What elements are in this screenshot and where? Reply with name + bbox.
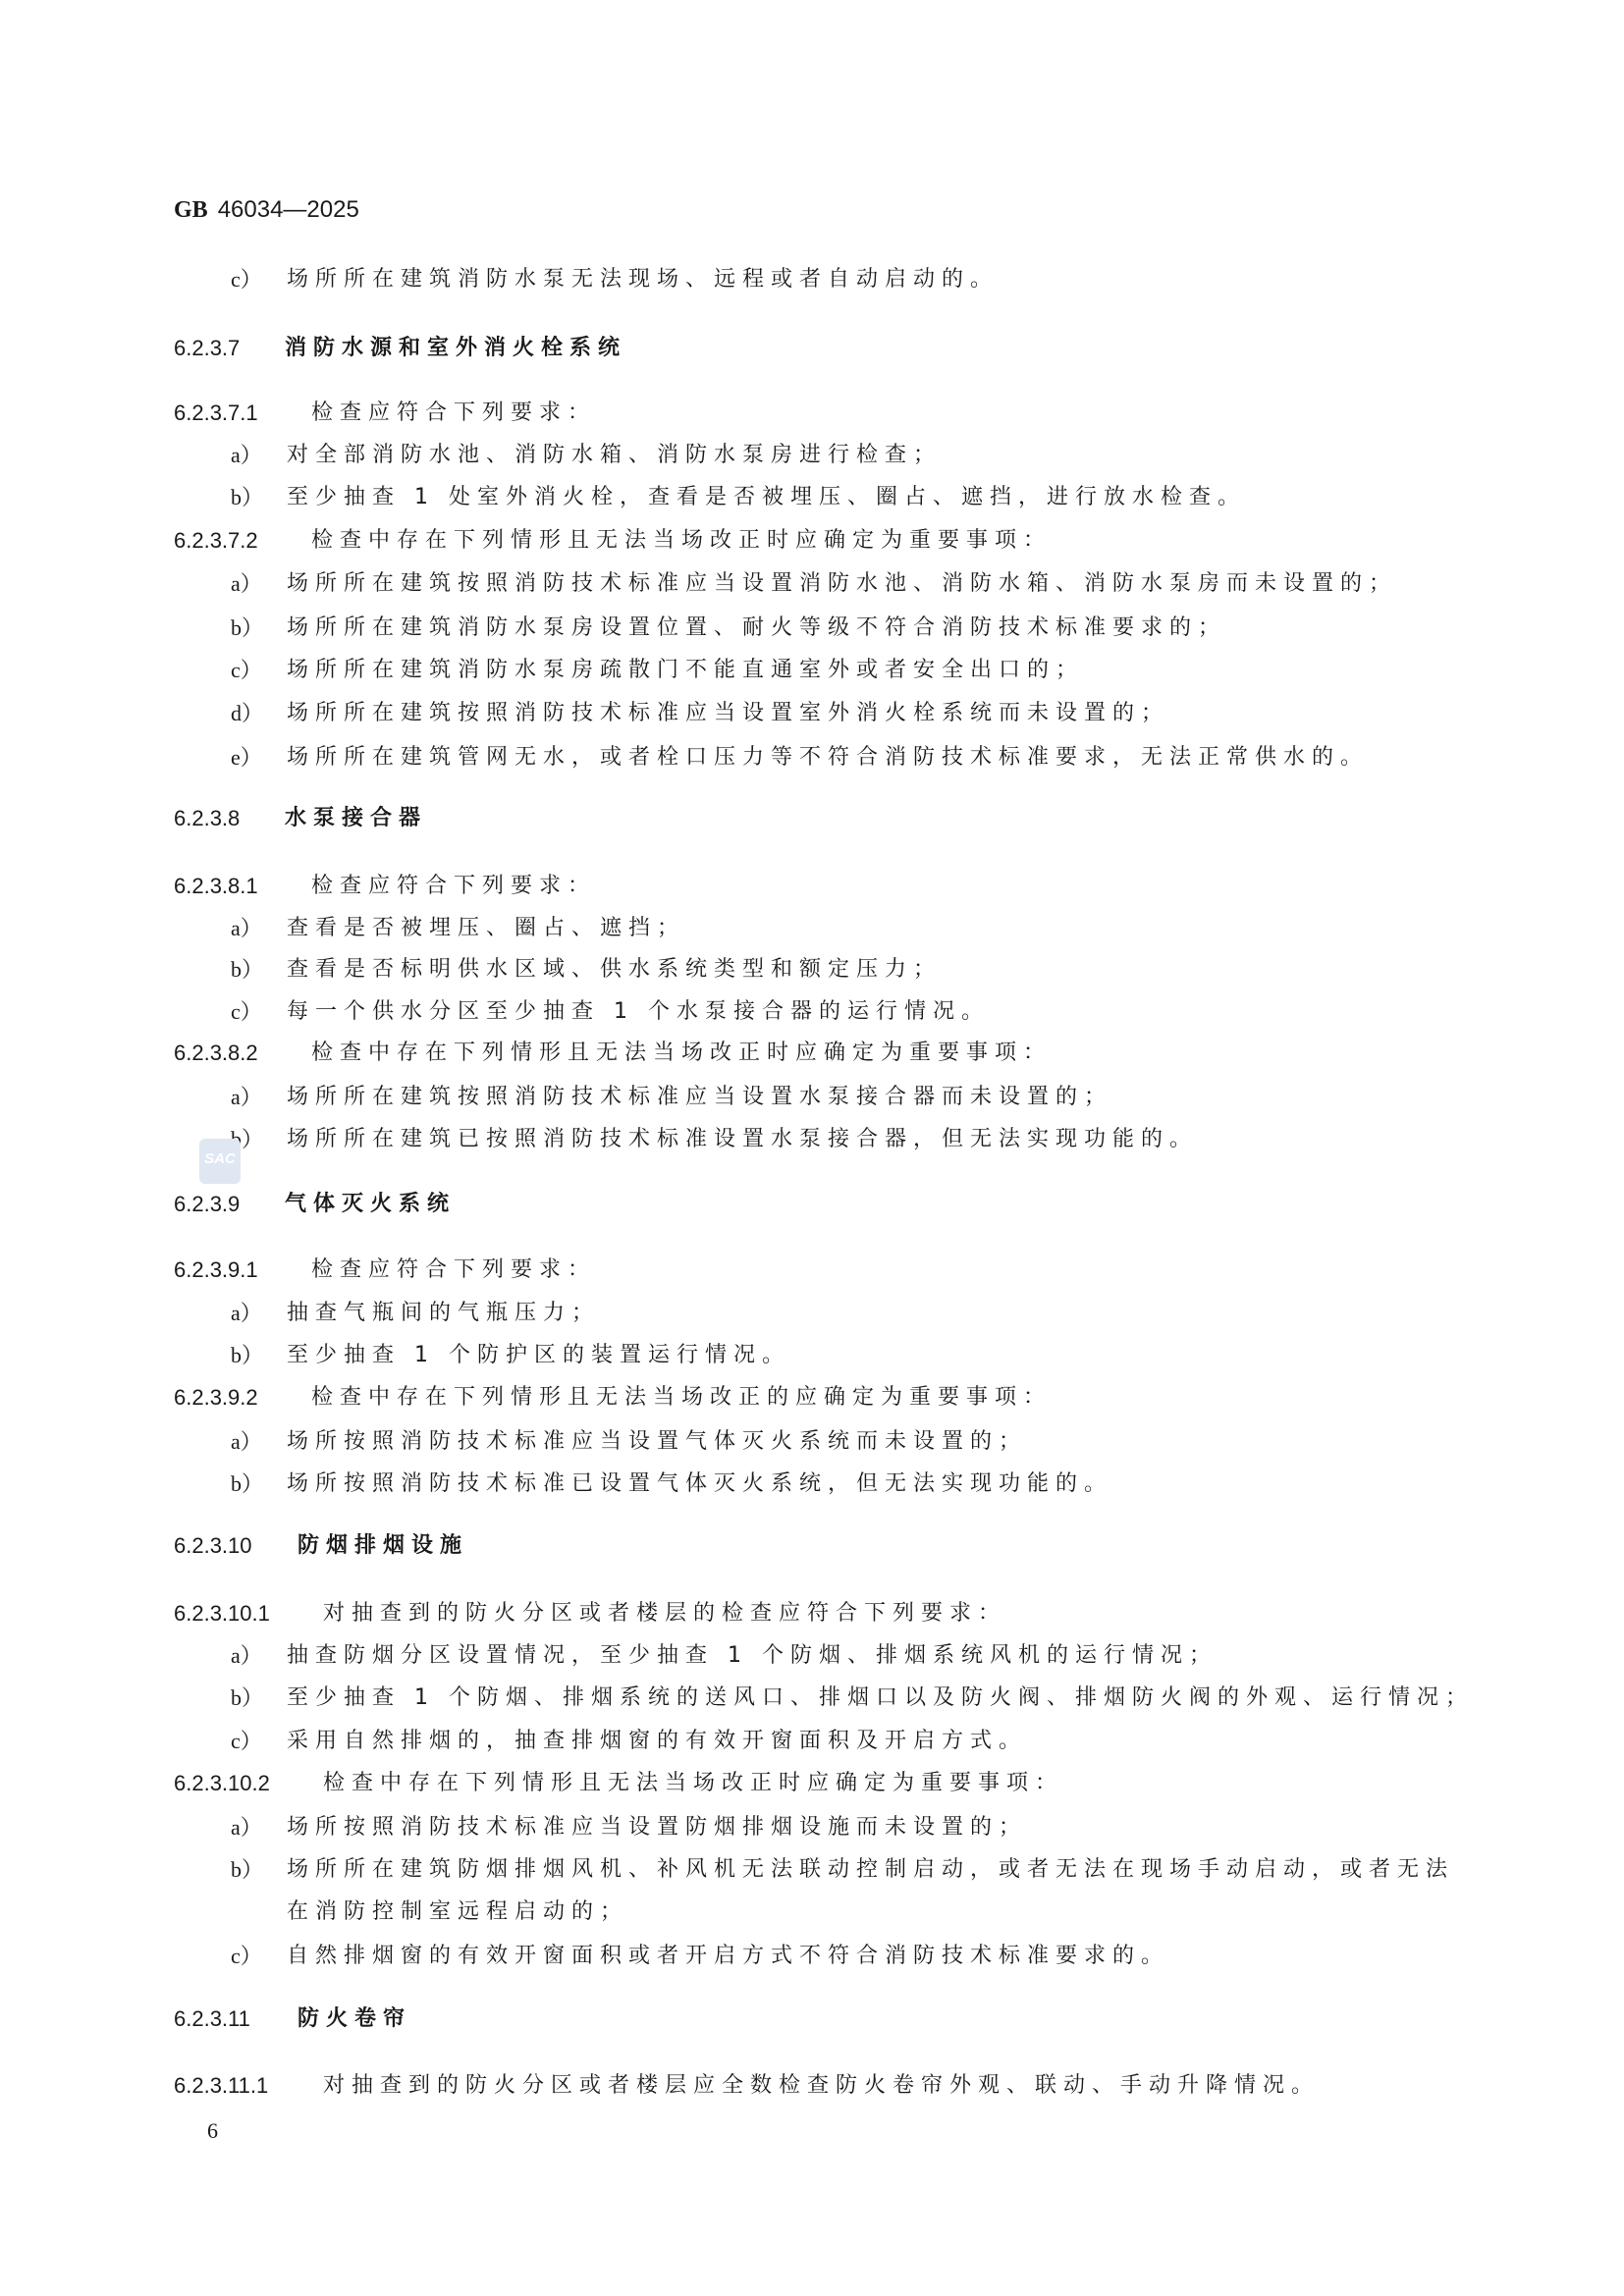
clause-number: 6.2.3.8.2 bbox=[174, 1039, 258, 1068]
clause-text: 检查中存在下列情形且无法当场改正的应确定为重要事项： bbox=[311, 1383, 1052, 1413]
list-item-text: 采用自然排烟的，抽查排烟窗的有效开窗面积及开启方式。 bbox=[287, 1727, 1027, 1756]
section-title: 防火卷帘 bbox=[298, 2004, 411, 2034]
list-item-label: c） bbox=[231, 1942, 262, 1971]
list-item-continuation: 在消防控制室远程启动的； bbox=[287, 1897, 628, 1927]
list-item-label: a） bbox=[231, 569, 262, 599]
list-item-text: 场所所在建筑按照消防技术标准应当设置室外消火栓系统而未设置的； bbox=[287, 699, 1169, 728]
clause-text: 检查中存在下列情形且无法当场改正时应确定为重要事项： bbox=[323, 1769, 1063, 1798]
section-number: 6.2.3.7 bbox=[174, 334, 240, 363]
clause-text: 检查中存在下列情形且无法当场改正时应确定为重要事项： bbox=[311, 1039, 1052, 1068]
list-item-label: b） bbox=[231, 614, 263, 643]
list-item-label: a） bbox=[231, 1299, 262, 1328]
clause-text: 检查应符合下列要求： bbox=[311, 399, 596, 428]
clause-number: 6.2.3.7.1 bbox=[174, 399, 258, 428]
section-title: 水泵接合器 bbox=[285, 804, 427, 833]
clause-text: 检查应符合下列要求： bbox=[311, 872, 596, 901]
list-item-label: a） bbox=[231, 441, 262, 470]
standard-prefix: GB bbox=[174, 197, 208, 223]
list-item-text: 抽查防烟分区设置情况，至少抽查 1 个防烟、排烟系统风机的运行情况； bbox=[287, 1641, 1218, 1671]
list-item-label: a） bbox=[231, 1427, 262, 1457]
list-item-text: 至少抽查 1 个防护区的装置运行情况。 bbox=[287, 1341, 790, 1370]
watermark-text: SAC bbox=[199, 1150, 241, 1167]
list-item-label: b） bbox=[231, 483, 263, 512]
list-item-label: b） bbox=[231, 1341, 263, 1370]
list-item-label: a） bbox=[231, 1813, 262, 1842]
list-item-label: b） bbox=[231, 955, 263, 985]
document-header: GB46034—2025 bbox=[174, 194, 359, 225]
clause-text: 对抽查到的防火分区或者楼层的检查应符合下列要求： bbox=[323, 1599, 1006, 1629]
list-item-text: 场所所在建筑消防水泵房疏散门不能直通室外或者安全出口的； bbox=[287, 656, 1084, 685]
section-title: 消防水源和室外消火栓系统 bbox=[285, 334, 626, 363]
list-item-text: 场所所在建筑防烟排烟风机、补风机无法联动控制启动，或者无法在现场手动启动，或者无… bbox=[287, 1855, 1454, 1885]
list-item-text: 查看是否标明供水区域、供水系统类型和额定压力； bbox=[287, 955, 942, 985]
clause-number: 6.2.3.11.1 bbox=[174, 2071, 268, 2101]
list-item-text: 场所按照消防技术标准已设置气体灭火系统，但无法实现功能的。 bbox=[287, 1469, 1112, 1499]
clause-number: 6.2.3.8.1 bbox=[174, 872, 258, 901]
clause-number: 6.2.3.10.2 bbox=[174, 1769, 270, 1798]
list-item-text: 至少抽查 1 个防烟、排烟系统的送风口、排烟口以及防火阀、排烟防火阀的外观、运行… bbox=[287, 1683, 1474, 1713]
sac-watermark-logo: SAC bbox=[199, 1139, 241, 1184]
list-item-text: 查看是否被埋压、圈占、遮挡； bbox=[287, 914, 685, 943]
list-item-text: 场所所在建筑消防水泵房设置位置、耐火等级不符合消防技术标准要求的； bbox=[287, 614, 1226, 643]
section-title: 气体灭火系统 bbox=[285, 1190, 456, 1219]
list-item-text: 至少抽查 1 处室外消火栓，查看是否被埋压、圈占、遮挡，进行放水检查。 bbox=[287, 483, 1246, 512]
list-item-label: d） bbox=[231, 699, 263, 728]
list-item-text: 对全部消防水池、消防水箱、消防水泵房进行检查； bbox=[287, 441, 942, 470]
clause-text: 检查应符合下列要求： bbox=[311, 1255, 596, 1285]
list-item-label: b） bbox=[231, 1683, 263, 1713]
list-item-label: a） bbox=[231, 1083, 262, 1112]
standard-code: 46034—2025 bbox=[218, 196, 359, 223]
list-item-text: 场所所在建筑消防水泵无法现场、远程或者自动启动的。 bbox=[287, 265, 999, 294]
list-item-text: 场所按照消防技术标准应当设置防烟排烟设施而未设置的； bbox=[287, 1813, 1027, 1842]
list-item-label: b） bbox=[231, 1469, 263, 1499]
clause-text: 对抽查到的防火分区或者楼层应全数检查防火卷帘外观、联动、手动升降情况。 bbox=[323, 2071, 1320, 2101]
section-number: 6.2.3.11 bbox=[174, 2004, 250, 2034]
list-item-text: 场所所在建筑已按照消防技术标准设置水泵接合器，但无法实现功能的。 bbox=[287, 1125, 1198, 1154]
list-item-label: b） bbox=[231, 1855, 263, 1885]
clause-number: 6.2.3.9.2 bbox=[174, 1383, 258, 1413]
clause-number: 6.2.3.9.1 bbox=[174, 1255, 258, 1285]
list-item-label: c） bbox=[231, 656, 262, 685]
list-item-text: 每一个供水分区至少抽查 1 个水泵接合器的运行情况。 bbox=[287, 997, 990, 1027]
clause-number: 6.2.3.10.1 bbox=[174, 1599, 270, 1629]
list-item-text: 场所所在建筑管网无水，或者栓口压力等不符合消防技术标准要求，无法正常供水的。 bbox=[287, 743, 1369, 773]
section-number: 6.2.3.8 bbox=[174, 804, 240, 833]
clause-text: 检查中存在下列情形且无法当场改正时应确定为重要事项： bbox=[311, 526, 1052, 556]
section-number: 6.2.3.10 bbox=[174, 1531, 252, 1561]
list-item-label: a） bbox=[231, 1641, 262, 1671]
page-number: 6 bbox=[207, 2117, 218, 2145]
list-item-text: 场所按照消防技术标准应当设置气体灭火系统而未设置的； bbox=[287, 1427, 1027, 1457]
list-item-text: 场所所在建筑按照消防技术标准应当设置水泵接合器而未设置的； bbox=[287, 1083, 1112, 1112]
list-item-label: c） bbox=[231, 1727, 262, 1756]
section-title: 防烟排烟设施 bbox=[298, 1531, 468, 1561]
list-item-text: 抽查气瓶间的气瓶压力； bbox=[287, 1299, 600, 1328]
list-item-label: c） bbox=[231, 997, 262, 1027]
section-number: 6.2.3.9 bbox=[174, 1190, 240, 1219]
list-item-label: c） bbox=[231, 265, 262, 294]
list-item-label: a） bbox=[231, 914, 262, 943]
list-item-label: e） bbox=[231, 743, 262, 773]
list-item-text: 自然排烟窗的有效开窗面积或者开启方式不符合消防技术标准要求的。 bbox=[287, 1942, 1169, 1971]
list-item-text: 场所所在建筑按照消防技术标准应当设置消防水池、消防水箱、消防水泵房而未设置的； bbox=[287, 569, 1397, 599]
clause-number: 6.2.3.7.2 bbox=[174, 526, 258, 556]
